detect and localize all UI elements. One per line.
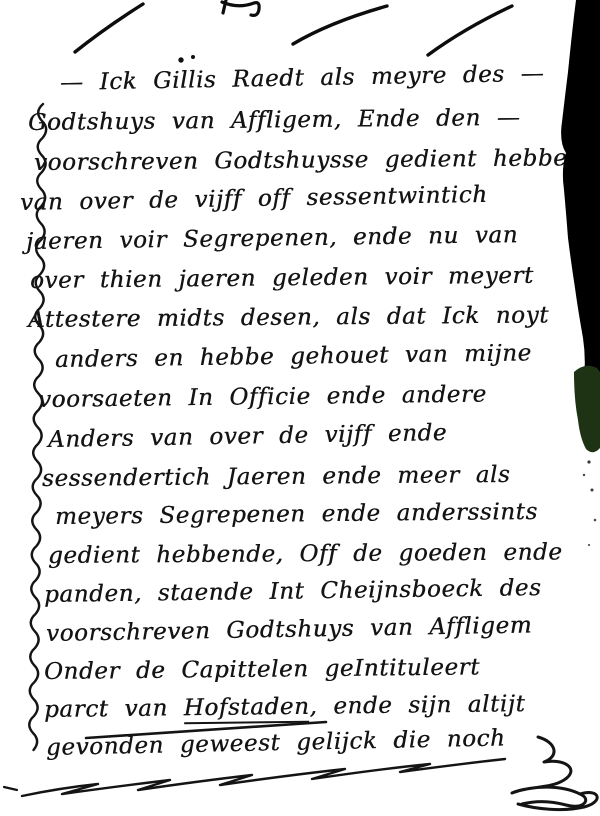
manuscript-line: voorschreven Godtshuysse gedient hebbend…: [34, 145, 600, 176]
manuscript-line: gedient hebbende, Off de goeden ende: [48, 539, 563, 569]
diagonal-ink-stroke: [293, 6, 387, 44]
scan-speckle: [588, 544, 590, 546]
manuscript-page: — Ick Gillis Raedt als meyre des — Godts…: [0, 0, 600, 816]
ink-stain: [574, 366, 600, 453]
manuscript-line: Attestere midts desen, als dat Ick noyt: [28, 302, 549, 333]
ink-dot: [178, 57, 183, 62]
diagonal-ink-stroke: [75, 4, 143, 52]
scan-speckle: [583, 474, 585, 476]
scan-speckle: [594, 519, 597, 522]
manuscript-line: meyers Segrepenen ende anderssints: [55, 499, 538, 530]
line-filler-flourish: [22, 759, 505, 796]
manuscript-line: voorsaeten In Officie ende andere: [38, 382, 487, 413]
scan-speckle: [591, 489, 594, 492]
manuscript-line: van over de vijff off sessentwintich: [20, 182, 488, 216]
ink-dot: [191, 55, 195, 59]
signature-paraph: [512, 737, 597, 810]
scan-speckle: [587, 460, 590, 463]
manuscript-line: parct van Hofstaden, ende sijn altijt: [44, 691, 526, 723]
manuscript-line: — Ick Gillis Raedt als meyre des —: [60, 61, 545, 96]
manuscript-line-segment: , ende sijn altijt: [309, 691, 525, 720]
manuscript-line: panden, staende Int Cheijnsboeck des: [44, 575, 542, 608]
manuscript-line: over thien jaeren geleden voir meyert: [30, 263, 534, 294]
diagonal-ink-stroke: [428, 6, 512, 55]
manuscript-line: Onder de Capittelen geIntituleert: [44, 654, 480, 685]
manuscript-line: sessendertich Jaeren ende meer als: [42, 462, 511, 492]
manuscript-line: Anders van over de vijff ende: [48, 420, 447, 453]
ink-dash: [4, 787, 17, 790]
manuscript-line: Godtshuys van Affligem, Ende den —: [28, 105, 521, 136]
manuscript-line: voorschreven Godtshuys van Affligem: [46, 613, 533, 647]
manuscript-line: jaeren voir Segrepenen, ende nu van: [26, 222, 518, 255]
scan-edge-black-band: [561, 0, 600, 442]
manuscript-line: gevonden geweest gelijck die noch: [46, 725, 506, 761]
clipped-letter-stroke: [222, 0, 259, 15]
underlined-place-name: Hofstaden: [184, 694, 310, 725]
manuscript-line: anders en hebbe gehouet van mijne: [55, 340, 532, 373]
manuscript-line-segment: parct van: [44, 695, 184, 723]
